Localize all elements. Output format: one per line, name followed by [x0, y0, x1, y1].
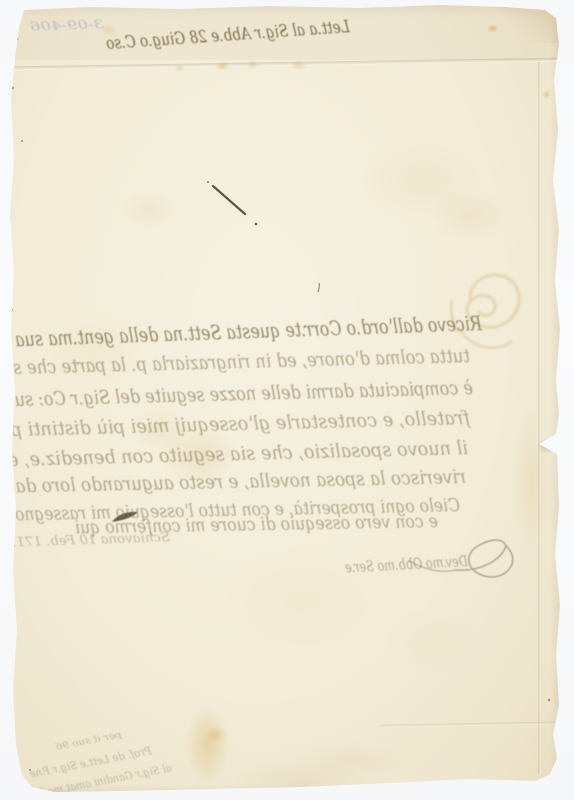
- paper-edge-shading: [0, 0, 574, 800]
- scanned-letter-verso: Lett.a al Sig.r Abb.e 28 Giug.o C.so3-09…: [0, 0, 574, 800]
- letter-page: Lett.a al Sig.r Abb.e 28 Giug.o C.so3-09…: [0, 0, 574, 800]
